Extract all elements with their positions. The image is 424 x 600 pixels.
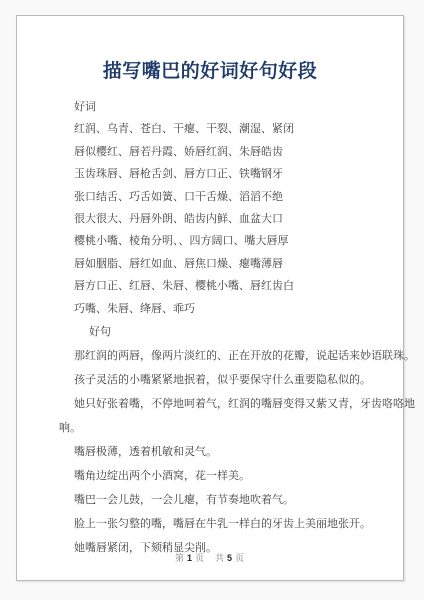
sentence-line: 嘴巴一会儿鼓，一会儿瘪，有节奏地吹着气。 bbox=[59, 488, 373, 512]
sentence-line: 嘴角边绽出两个小酒窝，花一样美。 bbox=[59, 464, 373, 488]
sentence-line: 脸上一张匀整的嘴，嘴唇在牛乳一样白的牙齿上美丽地张开。 bbox=[59, 512, 373, 536]
footer-total-suffix: 页 bbox=[235, 553, 245, 563]
word-line: 红润、乌青、苍白、干瘪、干裂、潮湿、紧闭 bbox=[59, 118, 373, 140]
footer-page-suffix: 页 bbox=[195, 553, 205, 563]
word-line: 巧嘴、朱唇、绛唇、乖巧 bbox=[59, 298, 373, 320]
sentence-line: 响。 bbox=[59, 416, 373, 440]
word-line: 唇方口正、红唇、朱唇、樱桃小嘴、唇红齿白 bbox=[59, 275, 373, 297]
word-line: 张口结舌、巧舌如簧、口干舌燥、滔滔不绝 bbox=[59, 186, 373, 208]
sentence-line: 她只好张着嘴，不停地呵着气，红润的嘴唇变得又紫又青，牙齿咯咯地 bbox=[59, 392, 373, 416]
word-line: 唇似樱红、唇若丹霞、娇唇红润、朱唇皓齿 bbox=[59, 141, 373, 163]
good-sentences-section: 好句 那红润的两唇，像两片淡红的、正在开放的花瓣，说起话来妙语联珠。孩子灵活的小… bbox=[59, 320, 373, 560]
word-line: 很大很大、丹唇外朗、皓齿内鲜、血盆大口 bbox=[59, 208, 373, 230]
good-sentences-lines: 那红润的两唇，像两片淡红的、正在开放的花瓣，说起话来妙语联珠。孩子灵活的小嘴紧紧… bbox=[59, 344, 373, 560]
good-words-section: 好词 红润、乌青、苍白、干瘪、干裂、潮湿、紧闭唇似樱红、唇若丹霞、娇唇红润、朱唇… bbox=[59, 96, 373, 320]
word-line: 唇如胭脂、唇红如血、唇焦口燥、瘪嘴薄唇 bbox=[59, 253, 373, 275]
footer-total-prefix: 共 bbox=[215, 553, 225, 563]
good-words-lines: 红润、乌青、苍白、干瘪、干裂、潮湿、紧闭唇似樱红、唇若丹霞、娇唇红润、朱唇皓齿玉… bbox=[59, 118, 373, 320]
word-line: 樱桃小嘴、棱角分明、、四方阔口、嘴大唇厚 bbox=[59, 230, 373, 252]
sentence-line: 嘴唇极薄，透着机敏和灵气。 bbox=[59, 440, 373, 464]
footer-total-number: 5 bbox=[225, 553, 235, 563]
word-line: 玉齿珠唇、唇枪舌剑、唇方口正、铁嘴钢牙 bbox=[59, 163, 373, 185]
document-body: 好词 红润、乌青、苍白、干瘪、干裂、潮湿、紧闭唇似樱红、唇若丹霞、娇唇红润、朱唇… bbox=[59, 96, 373, 560]
sentence-line: 孩子灵活的小嘴紧紧地抿着，似乎要保守什么重要隐私似的。 bbox=[59, 368, 373, 392]
footer-page-prefix: 第 bbox=[175, 553, 185, 563]
page-title: 描写嘴巴的好词好句好段 bbox=[17, 56, 403, 83]
good-sentences-heading: 好句 bbox=[59, 320, 373, 344]
good-words-heading: 好词 bbox=[59, 96, 373, 118]
page-footer: 第1页共5页 bbox=[17, 551, 403, 564]
sentence-line: 那红润的两唇，像两片淡红的、正在开放的花瓣，说起话来妙语联珠。 bbox=[59, 344, 373, 368]
document-page: 描写嘴巴的好词好句好段 好词 红润、乌青、苍白、干瘪、干裂、潮湿、紧闭唇似樱红、… bbox=[16, 15, 404, 581]
footer-page-number: 1 bbox=[185, 553, 195, 563]
